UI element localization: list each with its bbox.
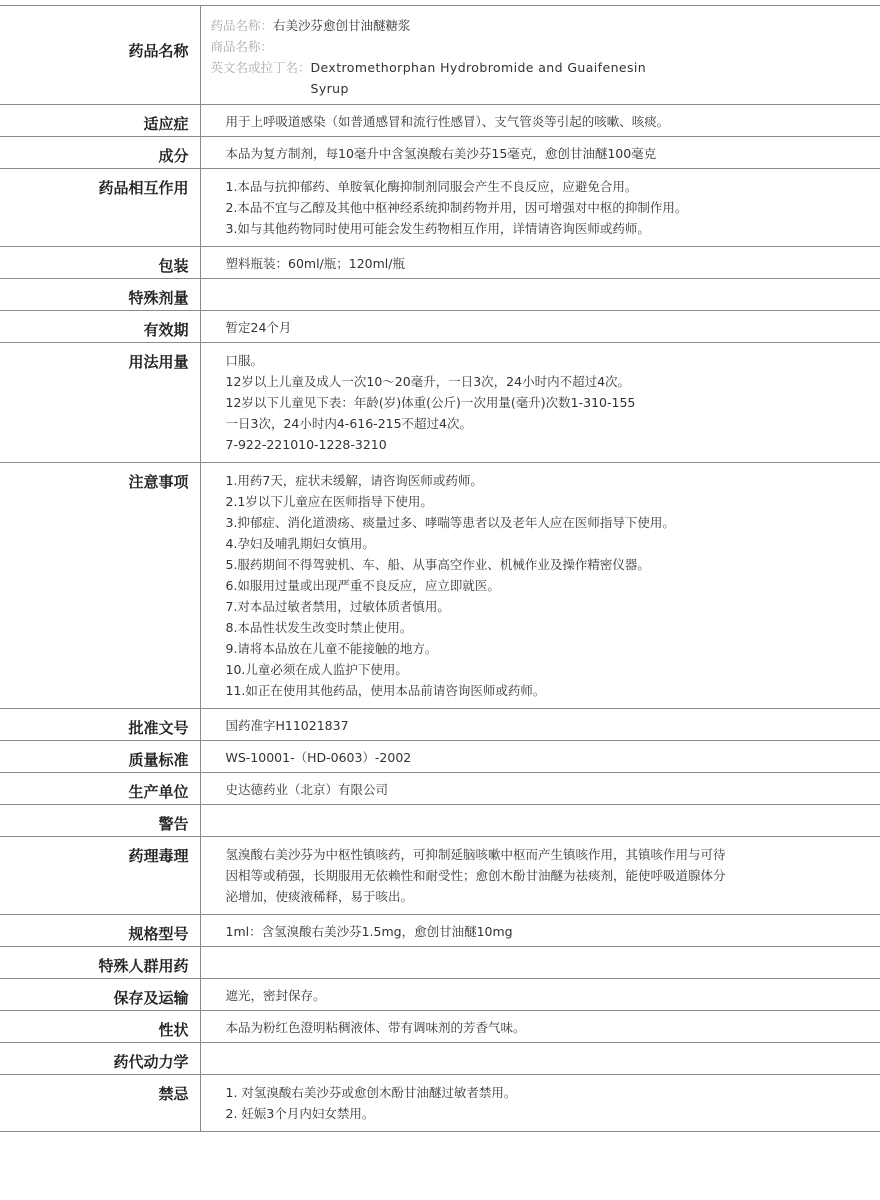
row-value: 史达德药业（北京）有限公司 (200, 773, 880, 805)
value-line: 因相等或稍强，长期服用无依赖性和耐受性；愈创木酚甘油醚为祛痰剂，能使呼吸道腺体分 (226, 865, 880, 886)
spec-row: 药代动力学 (0, 1043, 880, 1075)
value-line: 1ml：含氢溴酸右美沙芬1.5mg，愈创甘油醚10mg (226, 921, 880, 942)
row-label: 生产单位 (0, 773, 200, 805)
spec-row: 药理毒理氢溴酸右美沙芬为中枢性镇咳药，可抑制延脑咳嗽中枢而产生镇咳作用，其镇咳作… (0, 837, 880, 915)
row-value: 本品为复方制剂，每10毫升中含氢溴酸右美沙芬15毫克，愈创甘油醚100毫克 (200, 137, 880, 169)
value-line: 用于上呼吸道感染（如普通感冒和流行性感冒）、支气管炎等引起的咳嗽、咳痰。 (226, 111, 880, 132)
row-value: 遮光，密封保存。 (200, 979, 880, 1011)
row-label: 药品名称 (0, 6, 200, 105)
value-line: 12岁以下儿童见下表：年龄(岁)体重(公斤)一次用量(毫升)次数1-310-15… (226, 392, 880, 413)
spec-row: 批准文号国药准字H11021837 (0, 709, 880, 741)
spec-row: 注意事项1.用药7天，症状未缓解，请咨询医师或药师。2.1岁以下儿童应在医师指导… (0, 463, 880, 709)
spec-row: 特殊剂量 (0, 279, 880, 311)
english-name-line: Dextromethorphan Hydrobromide and Guaife… (311, 57, 647, 78)
value-line: 3.抑郁症、消化道溃疡、痰量过多、哮喘等患者以及老年人应在医师指导下使用。 (226, 512, 880, 533)
row-value: 国药准字H11021837 (200, 709, 880, 741)
spec-row: 警告 (0, 805, 880, 837)
row-value: 塑料瓶装：60ml/瓶；120ml/瓶 (200, 247, 880, 279)
row-value: WS-10001-（HD-0603）-2002 (200, 741, 880, 773)
spec-row: 质量标准WS-10001-（HD-0603）-2002 (0, 741, 880, 773)
value-line: 2.本品不宜与乙醇及其他中枢神经系统抑制药物并用，因可增强对中枢的抑制作用。 (226, 197, 880, 218)
value-line: 4.孕妇及哺乳期妇女慎用。 (226, 533, 880, 554)
value-line: 1. 对氢溴酸右美沙芬或愈创木酚甘油醚过敏者禁用。 (226, 1082, 880, 1103)
generic-name-value: 右美沙芬愈创甘油醚糖浆 (273, 15, 411, 36)
spec-row: 特殊人群用药 (0, 947, 880, 979)
row-label: 药代动力学 (0, 1043, 200, 1075)
value-line: 7.对本品过敏者禁用，过敏体质者慎用。 (226, 596, 880, 617)
generic-name-row: 药品名称： 右美沙芬愈创甘油醚糖浆 (211, 15, 880, 36)
value-line: 一日3次，24小时内4-616-215不超过4次。 (226, 413, 880, 434)
spec-row: 包装塑料瓶装：60ml/瓶；120ml/瓶 (0, 247, 880, 279)
spec-row: 适应症用于上呼吸道感染（如普通感冒和流行性感冒）、支气管炎等引起的咳嗽、咳痰。 (0, 105, 880, 137)
value-line: 1.用药7天，症状未缓解，请咨询医师或药师。 (226, 470, 880, 491)
row-label: 警告 (0, 805, 200, 837)
row-value (200, 279, 880, 311)
row-label: 保存及运输 (0, 979, 200, 1011)
row-label: 注意事项 (0, 463, 200, 709)
row-value: 1. 对氢溴酸右美沙芬或愈创木酚甘油醚过敏者禁用。2. 妊娠3个月内妇女禁用。 (200, 1075, 880, 1132)
english-name-line: Syrup (311, 78, 647, 99)
value-line: 遮光，密封保存。 (226, 985, 880, 1006)
value-line: 1.本品与抗抑郁药、单胺氧化酶抑制剂同服会产生不良反应，应避免合用。 (226, 176, 880, 197)
row-value: 本品为粉红色澄明粘稠液体、带有调味剂的芳香气味。 (200, 1011, 880, 1043)
value-line: 本品为粉红色澄明粘稠液体、带有调味剂的芳香气味。 (226, 1017, 880, 1038)
row-value (200, 805, 880, 837)
value-line: 暂定24个月 (226, 317, 880, 338)
row-label: 禁忌 (0, 1075, 200, 1132)
row-value: 氢溴酸右美沙芬为中枢性镇咳药，可抑制延脑咳嗽中枢而产生镇咳作用，其镇咳作用与可待… (200, 837, 880, 915)
spec-row: 规格型号1ml：含氢溴酸右美沙芬1.5mg，愈创甘油醚10mg (0, 915, 880, 947)
row-label: 规格型号 (0, 915, 200, 947)
row-label: 质量标准 (0, 741, 200, 773)
value-line: 口服。 (226, 350, 880, 371)
row-value (200, 1043, 880, 1075)
spec-row: 成分本品为复方制剂，每10毫升中含氢溴酸右美沙芬15毫克，愈创甘油醚100毫克 (0, 137, 880, 169)
row-value: 口服。12岁以上儿童及成人一次10～20毫升，一日3次，24小时内不超过4次。1… (200, 343, 880, 463)
value-line: WS-10001-（HD-0603）-2002 (226, 747, 880, 768)
value-line: 塑料瓶装：60ml/瓶；120ml/瓶 (226, 253, 880, 274)
row-label: 特殊人群用药 (0, 947, 200, 979)
value-line: 12岁以上儿童及成人一次10～20毫升，一日3次，24小时内不超过4次。 (226, 371, 880, 392)
trade-name-row: 商品名称： (211, 36, 880, 57)
row-label: 特殊剂量 (0, 279, 200, 311)
english-name-value: Dextromethorphan Hydrobromide and Guaife… (311, 57, 647, 99)
row-label: 适应症 (0, 105, 200, 137)
row-value: 1.用药7天，症状未缓解，请咨询医师或药师。2.1岁以下儿童应在医师指导下使用。… (200, 463, 880, 709)
drug-name-values: 药品名称： 右美沙芬愈创甘油醚糖浆 商品名称： 英文名或拉丁名： Dextrom… (200, 6, 880, 105)
row-drug-name: 药品名称 药品名称： 右美沙芬愈创甘油醚糖浆 商品名称： 英文名或拉丁名： De… (0, 6, 880, 105)
row-label: 性状 (0, 1011, 200, 1043)
row-label: 包装 (0, 247, 200, 279)
value-line: 11.如正在使用其他药品，使用本品前请咨询医师或药师。 (226, 680, 880, 701)
row-value: 暂定24个月 (200, 311, 880, 343)
spec-row: 生产单位史达德药业（北京）有限公司 (0, 773, 880, 805)
english-name-key: 英文名或拉丁名： (211, 57, 311, 99)
value-line: 9.请将本品放在儿童不能接触的地方。 (226, 638, 880, 659)
english-name-row: 英文名或拉丁名： Dextromethorphan Hydrobromide a… (211, 57, 880, 99)
value-line: 7-922-221010-1228-3210 (226, 434, 880, 455)
generic-name-key: 药品名称： (211, 15, 274, 36)
row-label: 用法用量 (0, 343, 200, 463)
value-line: 本品为复方制剂，每10毫升中含氢溴酸右美沙芬15毫克，愈创甘油醚100毫克 (226, 143, 880, 164)
spec-row: 药品相互作用1.本品与抗抑郁药、单胺氧化酶抑制剂同服会产生不良反应，应避免合用。… (0, 169, 880, 247)
value-line: 6.如服用过量或出现严重不良反应，应立即就医。 (226, 575, 880, 596)
spec-row: 禁忌1. 对氢溴酸右美沙芬或愈创木酚甘油醚过敏者禁用。2. 妊娠3个月内妇女禁用… (0, 1075, 880, 1132)
value-line: 氢溴酸右美沙芬为中枢性镇咳药，可抑制延脑咳嗽中枢而产生镇咳作用，其镇咳作用与可待 (226, 844, 880, 865)
trade-name-key: 商品名称： (211, 36, 274, 57)
row-value (200, 947, 880, 979)
value-line: 2.1岁以下儿童应在医师指导下使用。 (226, 491, 880, 512)
value-line: 2. 妊娠3个月内妇女禁用。 (226, 1103, 880, 1124)
value-line: 3.如与其他药物同时使用可能会发生药物相互作用，详情请咨询医师或药师。 (226, 218, 880, 239)
value-line: 史达德药业（北京）有限公司 (226, 779, 880, 800)
value-line: 5.服药期间不得驾驶机、车、船、从事高空作业、机械作业及操作精密仪器。 (226, 554, 880, 575)
value-line: 国药准字H11021837 (226, 715, 880, 736)
row-label: 成分 (0, 137, 200, 169)
row-value: 1.本品与抗抑郁药、单胺氧化酶抑制剂同服会产生不良反应，应避免合用。2.本品不宜… (200, 169, 880, 247)
spec-row: 有效期暂定24个月 (0, 311, 880, 343)
row-label: 批准文号 (0, 709, 200, 741)
row-label: 有效期 (0, 311, 200, 343)
value-line: 泌增加，使痰液稀释，易于咳出。 (226, 886, 880, 907)
row-label: 药品相互作用 (0, 169, 200, 247)
drug-spec-table: 药品名称 药品名称： 右美沙芬愈创甘油醚糖浆 商品名称： 英文名或拉丁名： De… (0, 5, 880, 1132)
value-line: 10.儿童必须在成人监护下使用。 (226, 659, 880, 680)
value-line: 8.本品性状发生改变时禁止使用。 (226, 617, 880, 638)
spec-row: 用法用量口服。12岁以上儿童及成人一次10～20毫升，一日3次，24小时内不超过… (0, 343, 880, 463)
spec-row: 保存及运输遮光，密封保存。 (0, 979, 880, 1011)
row-value: 1ml：含氢溴酸右美沙芬1.5mg，愈创甘油醚10mg (200, 915, 880, 947)
row-label: 药理毒理 (0, 837, 200, 915)
row-value: 用于上呼吸道感染（如普通感冒和流行性感冒）、支气管炎等引起的咳嗽、咳痰。 (200, 105, 880, 137)
spec-row: 性状本品为粉红色澄明粘稠液体、带有调味剂的芳香气味。 (0, 1011, 880, 1043)
